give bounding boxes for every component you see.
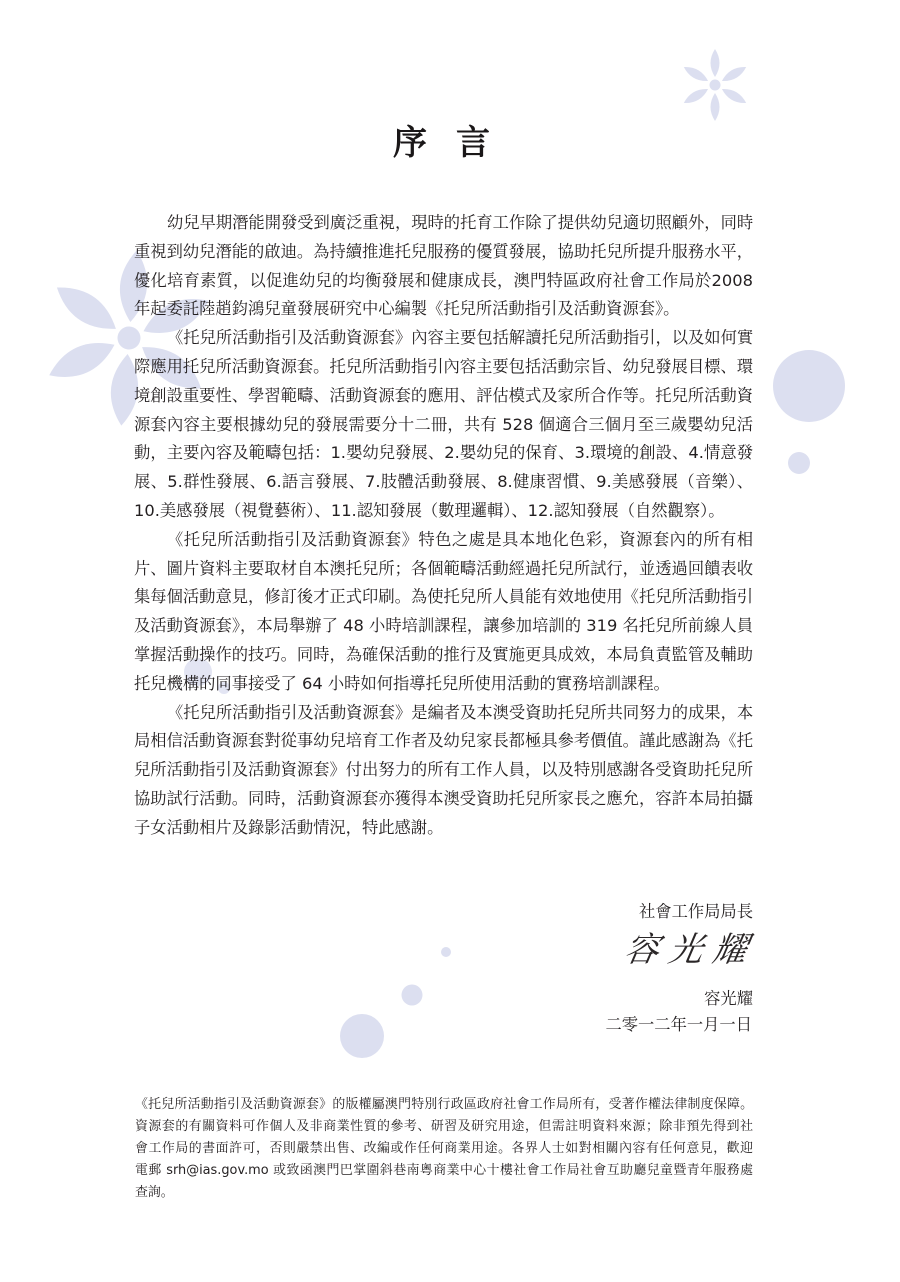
body-line: 局相信活動資源套對從事幼兒培育工作者及幼兒家長都極具參考價值。謹此感謝為《托 (134, 727, 753, 756)
body-line: 掌握活動操作的技巧。同時，為確保活動的推行及實施更具成效，本局負責監管及輔助 (134, 641, 753, 670)
decor-circle (340, 1014, 384, 1058)
body-line: 優化培育素質，以促進幼兒的均衡發展和健康成長，澳門特區政府社會工作局於2008 (134, 267, 753, 296)
paragraph-1: 幼兒早期潛能開發受到廣泛重視，現時的托育工作除了提供幼兒適切照顧外，同時 重視到… (134, 209, 753, 324)
body-line: 兒所活動指引及活動資源套》付出努力的所有工作人員，以及特別感謝各受資助托兒所 (134, 756, 753, 785)
body-line: 托兒機構的同事接受了 64 小時如何指導托兒所使用活動的實務培訓課程。 (134, 670, 753, 699)
signatory-position: 社會工作局局長 (639, 901, 753, 923)
body-line: 片、圖片資料主要取材自本澳托兒所；各個範疇活動經過托兒所試行，並透過回饋表收 (134, 555, 753, 584)
body-line: 年起委託陸趙鈞鴻兒童發展研究中心編製《托兒所活動指引及活動資源套》。 (134, 295, 753, 324)
footer-line: 查詢。 (135, 1182, 753, 1204)
body-line: 10.美感發展（視覺藝術）、11.認知發展（數理邏輯）、12.認知發展（自然觀察… (134, 497, 753, 526)
decor-circle (788, 452, 810, 474)
copyright-notice: 《托兒所活動指引及活動資源套》的版權屬澳門特別行政區政府社會工作局所有，受著作權… (135, 1094, 753, 1204)
footer-line: 會工作局的書面許可，否則嚴禁出售、改編或作任何商業用途。各界人士如對相關內容有任… (135, 1138, 753, 1160)
signature-date: 二零一二年一月一日 (605, 1014, 752, 1036)
body-line: 《托兒所活動指引及活動資源套》特色之處是具本地化色彩，資源套內的所有相 (134, 526, 753, 555)
body-line: 協助試行活動。同時，活動資源套亦獲得本澳受資助托兒所家長之應允，容許本局拍攝 (134, 785, 753, 814)
body-line: 源套內容主要根據幼兒的發展需要分十二冊，共有 528 個適合三個月至三歲嬰幼兒活 (134, 411, 753, 440)
body-line: 幼兒早期潛能開發受到廣泛重視，現時的托育工作除了提供幼兒適切照顧外，同時 (134, 209, 753, 238)
footer-line: 電郵 srh@ias.gov.mo 或致函澳門巴掌圍斜巷南粵商業中心十樓社會工作… (135, 1160, 753, 1182)
decor-circle (773, 350, 845, 422)
body-line: 展、5.群性發展、6.語言發展、7.肢體活動發展、8.健康習慣、9.美感發展（音… (134, 468, 753, 497)
decor-circle (402, 985, 423, 1006)
body-line: 《托兒所活動指引及活動資源套》內容主要包括解讀托兒所活動指引，以及如何實 (134, 324, 753, 353)
body-line: 動，主要內容及範疇包括：1.嬰幼兒發展、2.嬰幼兒的保育、3.環境的創設、4.情… (134, 439, 753, 468)
body-line: 及活動資源套》，本局舉辦了 48 小時培訓課程，讓參加培訓的 319 名托兒所前… (134, 612, 753, 641)
decor-circle (441, 947, 451, 957)
preface-body: 幼兒早期潛能開發受到廣泛重視，現時的托育工作除了提供幼兒適切照顧外，同時 重視到… (134, 209, 753, 843)
signatory-name: 容光耀 (704, 988, 753, 1010)
footer-line: 資源套的有關資料可作個人及非商業性質的參考、研習及研究用途，但需註明資料來源；除… (135, 1116, 753, 1138)
footer-line: 《托兒所活動指引及活動資源套》的版權屬澳門特別行政區政府社會工作局所有，受著作權… (135, 1094, 753, 1116)
page-title: 序言 (393, 122, 519, 164)
body-line: 子女活動相片及錄影活動情況，特此感謝。 (134, 814, 753, 843)
body-line: 境創設重要性、學習範疇、活動資源套的應用、評估模式及家所合作等。托兒所活動資 (134, 382, 753, 411)
small-flower-icon (682, 49, 749, 121)
paragraph-4: 《托兒所活動指引及活動資源套》是編者及本澳受資助托兒所共同努力的成果，本 局相信… (134, 699, 753, 843)
body-line: 集每個活動意見，修訂後才正式印刷。為使托兒所人員能有效地使用《托兒所活動指引 (134, 583, 753, 612)
body-line: 重視到幼兒潛能的啟迪。為持續推進托兒服務的優質發展，協助托兒所提升服務水平， (134, 238, 753, 267)
handwritten-signature: 容光耀 (621, 928, 761, 972)
paragraph-2: 《托兒所活動指引及活動資源套》內容主要包括解讀托兒所活動指引，以及如何實 際應用… (134, 324, 753, 526)
body-line: 際應用托兒所活動資源套。托兒所活動指引內容主要包括活動宗旨、幼兒發展目標、環 (134, 353, 753, 382)
body-line: 《托兒所活動指引及活動資源套》是編者及本澳受資助托兒所共同努力的成果，本 (134, 699, 753, 728)
paragraph-3: 《托兒所活動指引及活動資源套》特色之處是具本地化色彩，資源套內的所有相 片、圖片… (134, 526, 753, 699)
